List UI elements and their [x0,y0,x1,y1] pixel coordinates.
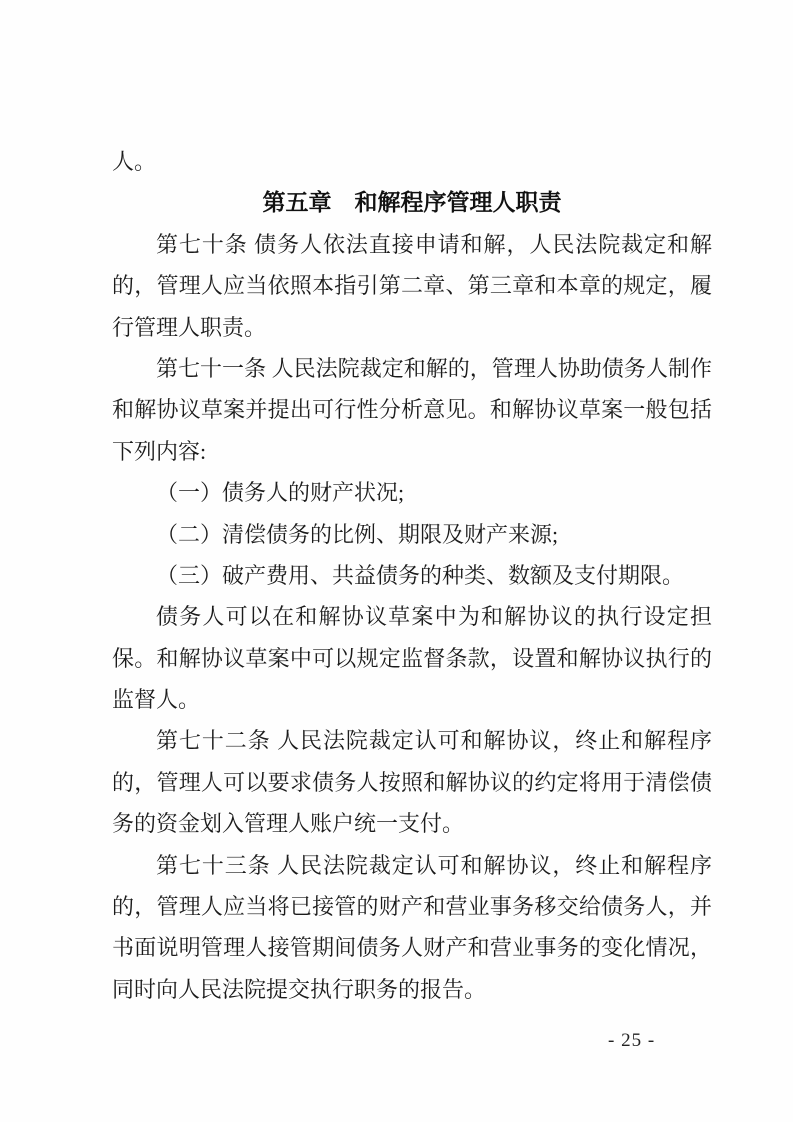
paragraph: 第七十条 债务人依法直接申请和解，人民法院裁定和解的，管理人应当依照本指引第二章… [112,224,712,348]
text-line: 第七十三条 人民法院裁定认可和解协议，终止和解程序 [112,845,712,886]
document-content: 人。第五章 和解程序管理人职责第七十条 债务人依法直接申请和解，人民法院裁定和解… [112,141,712,1010]
paragraph: 人。 [112,141,712,182]
text-line: 下列内容: [112,431,712,472]
text-line: 书面说明管理人接管期间债务人财产和营业事务的变化情况， [112,927,712,968]
page-number: - 25 - [608,1030,655,1052]
document-page: 人。第五章 和解程序管理人职责第七十条 债务人依法直接申请和解，人民法院裁定和解… [0,0,793,1122]
text-line: （三）破产费用、共益债务的种类、数额及支付期限。 [112,555,712,596]
text-line: 第七十二条 人民法院裁定认可和解协议，终止和解程序 [112,720,712,761]
text-line: 行管理人职责。 [112,307,712,348]
text-line: （一）债务人的财产状况; [112,472,712,513]
paragraph: 第七十三条 人民法院裁定认可和解协议，终止和解程序的，管理人应当将已接管的财产和… [112,845,712,1011]
paragraph: （二）清偿债务的比例、期限及财产来源; [112,514,712,555]
text-line: 第七十条 债务人依法直接申请和解，人民法院裁定和解 [112,224,712,265]
text-line: （二）清偿债务的比例、期限及财产来源; [112,514,712,555]
paragraph: （三）破产费用、共益债务的种类、数额及支付期限。 [112,555,712,596]
text-line: 的，管理人应当将已接管的财产和营业事务移交给债务人，并 [112,886,712,927]
text-line: 的，管理人可以要求债务人按照和解协议的约定将用于清偿债 [112,762,712,803]
text-line: 监督人。 [112,679,712,720]
text-line: 的，管理人应当依照本指引第二章、第三章和本章的规定，履 [112,265,712,306]
text-line: 人。 [112,141,712,182]
text-line: 同时向人民法院提交执行职务的报告。 [112,969,712,1010]
text-line: 保。和解协议草案中可以规定监督条款，设置和解协议执行的 [112,638,712,679]
chapter-heading-text: 第五章 和解程序管理人职责 [112,182,712,223]
text-line: 第七十一条 人民法院裁定和解的，管理人协助债务人制作 [112,348,712,389]
paragraph: 第七十一条 人民法院裁定和解的，管理人协助债务人制作和解协议草案并提出可行性分析… [112,348,712,472]
paragraph: （一）债务人的财产状况; [112,472,712,513]
paragraph: 债务人可以在和解协议草案中为和解协议的执行设定担保。和解协议草案中可以规定监督条… [112,596,712,720]
text-line: 务的资金划入管理人账户统一支付。 [112,803,712,844]
text-line: 和解协议草案并提出可行性分析意见。和解协议草案一般包括 [112,389,712,430]
chapter-heading: 第五章 和解程序管理人职责 [112,182,712,223]
paragraph: 第七十二条 人民法院裁定认可和解协议，终止和解程序的，管理人可以要求债务人按照和… [112,720,712,844]
text-line: 债务人可以在和解协议草案中为和解协议的执行设定担 [112,596,712,637]
